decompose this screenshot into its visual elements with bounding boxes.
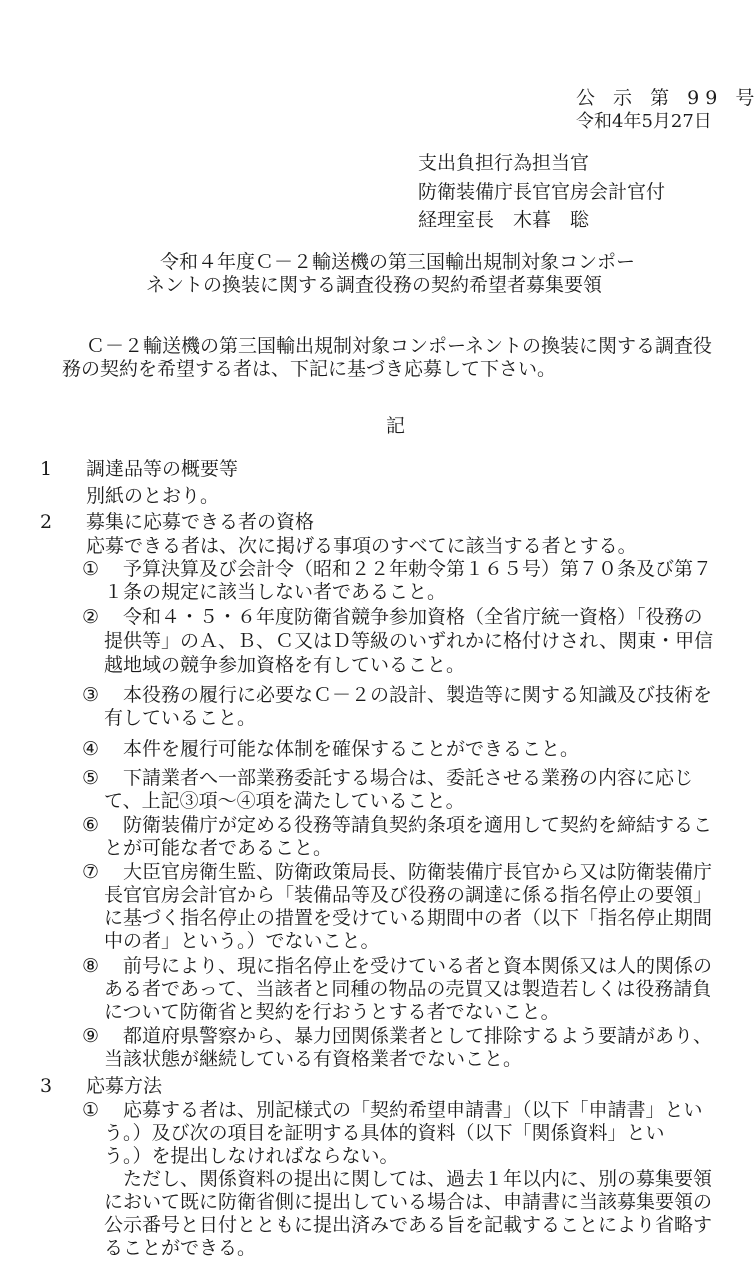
document-title-line-1: 令和４年度Ｃ－２輸送機の第三国輸出規制対象コンポー bbox=[160, 250, 635, 274]
item-mark: ② bbox=[82, 605, 99, 629]
item-line: 本件を履行可能な体制を確保することができること。 bbox=[104, 737, 579, 761]
item-line: 中の者」という。）でないこと。 bbox=[104, 929, 380, 953]
notice-date: 令和4年5月27日 bbox=[576, 110, 712, 134]
item-line: 提供等」のＡ、Ｂ、Ｃ又はＤ等級のいずれかに格付けされ、関東・甲信 bbox=[104, 629, 713, 653]
item-line: 有していること。 bbox=[104, 706, 256, 730]
item-line: ある者であって、当該者と同種の物品の売買又は製造若しくは役務請負 bbox=[104, 977, 711, 1001]
item-line: ただし、関係資料の提出に関しては、過去１年以内に、別の募集要領 bbox=[104, 1167, 712, 1191]
section-2-number: 2 bbox=[40, 510, 52, 534]
item-line: 公示番号と日付とともに提出済みである旨を記載することにより省略す bbox=[104, 1213, 712, 1237]
item-line: 都道府県警察から、暴力団関係業者として排除するよう要請があり、 bbox=[104, 1024, 712, 1048]
item-line: について防衛省と契約を行おうとする者でないこと。 bbox=[104, 1000, 560, 1024]
section-2-heading: 募集に応募できる者の資格 bbox=[86, 510, 314, 534]
item-line: て、上記③項～④項を満たしていること。 bbox=[104, 789, 465, 813]
intro-line-2: 務の契約を希望する者は、下記に基づき応募して下さい。 bbox=[62, 357, 556, 381]
notice-number: 公 示 第 99 号 bbox=[576, 86, 755, 110]
item-mark: ⑨ bbox=[82, 1024, 99, 1048]
item-line: １条の規定に該当しない者であること。 bbox=[104, 580, 446, 604]
item-line: 前号により、現に指名停止を受けている者と資本関係又は人的関係の bbox=[104, 954, 712, 978]
issuer-name: 経理室長 木暮 聡 bbox=[418, 208, 589, 232]
item-line: 応募する者は、別記様式の「契約希望申請書」（以下「申請書」とい bbox=[104, 1098, 703, 1122]
section-1-heading: 調達品等の概要等 bbox=[86, 457, 238, 481]
item-line: 長官官房会計官から「装備品等及び役務の調達に係る指名停止の要領」 bbox=[104, 883, 712, 907]
item-mark: ⑦ bbox=[82, 860, 99, 884]
issuer-office: 防衛装備庁長官官房会計官付 bbox=[418, 180, 665, 204]
item-line: とが可能な者であること。 bbox=[104, 836, 332, 860]
section-3-number: 3 bbox=[40, 1074, 52, 1098]
section-2-body: 応募できる者は、次に掲げる事項のすべてに該当する者とする。 bbox=[86, 534, 637, 558]
section-1-number: 1 bbox=[40, 457, 52, 481]
item-line: 予算決算及び会計令（昭和２２年勅令第１６５号）第７０条及び第７ bbox=[104, 557, 712, 581]
ki-heading: 記 bbox=[386, 414, 405, 438]
item-line: 当該状態が継続している有資格業者でないこと。 bbox=[104, 1047, 522, 1071]
item-mark: ③ bbox=[82, 683, 99, 707]
issuer-title: 支出負担行為担当官 bbox=[418, 151, 589, 175]
item-mark: ① bbox=[82, 1098, 99, 1122]
item-line: 令和４・５・６年度防衛省競争参加資格（全省庁統一資格）「役務の bbox=[104, 605, 703, 629]
item-line: 下請業者へ一部業務委託する場合は、委託させる業務の内容に応じ bbox=[104, 766, 693, 790]
intro-line-1: Ｃ－２輸送機の第三国輸出規制対象コンポーネントの換装に関する調査役 bbox=[86, 334, 712, 358]
item-line: において既に防衛省側に提出している場合は、申請書に当該募集要領の bbox=[104, 1190, 712, 1214]
item-line: う。）及び次の項目を証明する具体的資料（以下「関係資料」とい bbox=[104, 1121, 665, 1145]
item-line: ることができる。 bbox=[104, 1236, 256, 1260]
item-mark: ⑥ bbox=[82, 813, 99, 837]
item-mark: ④ bbox=[82, 737, 99, 761]
document-title-line-2: ネントの換装に関する調査役務の契約希望者募集要領 bbox=[146, 273, 602, 297]
item-line: 越地域の競争参加資格を有していること。 bbox=[104, 653, 465, 677]
item-line: 本役務の履行に必要なＣ－２の設計、製造等に関する知識及び技術を bbox=[104, 683, 712, 707]
section-3-heading: 応募方法 bbox=[86, 1074, 162, 1098]
section-1-body: 別紙のとおり。 bbox=[86, 484, 219, 508]
item-mark: ① bbox=[82, 557, 99, 581]
item-line: う。）を提出しなければならない。 bbox=[104, 1144, 399, 1168]
item-line: 防衛装備庁が定める役務等請負契約条項を適用して契約を締結するこ bbox=[104, 813, 712, 837]
item-mark: ⑧ bbox=[82, 954, 99, 978]
item-mark: ⑤ bbox=[82, 766, 99, 790]
item-line: に基づく指名停止の措置を受けている期間中の者（以下「指名停止期間 bbox=[104, 906, 712, 930]
item-line: 大臣官房衛生監、防衛政策局長、防衛装備庁長官から又は防衛装備庁 bbox=[104, 860, 712, 884]
